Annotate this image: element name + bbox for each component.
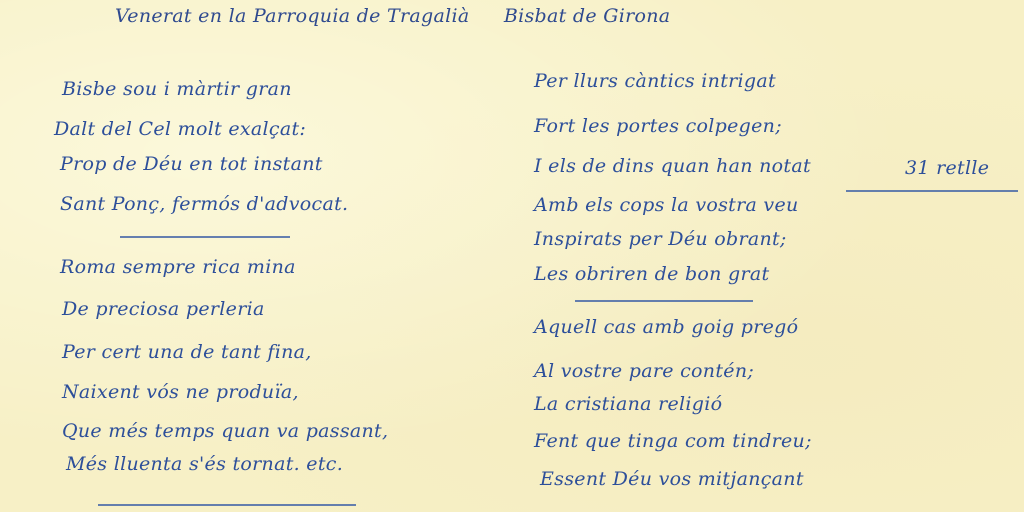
verse-line: Aquell cas amb goig pregó [534, 318, 798, 337]
verse-line: Naixent vós ne produïa, [62, 383, 299, 402]
verse-line: Per llurs càntics intrigat [534, 72, 776, 91]
verse-line: Prop de Déu en tot instant [60, 155, 323, 174]
verse-line: Les obriren de bon grat [534, 265, 769, 284]
verse-line: Fort les portes colpegen; [534, 117, 782, 136]
stanza-divider [98, 504, 356, 506]
manuscript-page: Venerat en la Parroquia de Tragalià Bisb… [0, 0, 1024, 512]
verse-line: Més lluenta s'és tornat. etc. [66, 455, 343, 474]
verse-line: Per cert una de tant fina, [62, 343, 312, 362]
verse-line: Bisbe sou i màrtir gran [62, 80, 292, 99]
verse-line: Inspirats per Déu obrant; [534, 230, 787, 249]
verse-line: De preciosa perleria [62, 300, 265, 319]
verse-line: Al vostre pare contén; [534, 362, 754, 381]
verse-line: Amb els cops la vostra veu [534, 196, 799, 215]
verse-line: Roma sempre rica mina [60, 258, 296, 277]
verse-line: Dalt del Cel molt exalçat: [54, 120, 306, 139]
verse-line: I els de dins quan han notat [534, 157, 811, 176]
stanza-divider [120, 236, 290, 238]
title-right: Bisbat de Girona [504, 5, 671, 27]
verse-line: Que més temps quan va passant, [62, 422, 388, 441]
margin-note: 31 retlle [905, 157, 989, 179]
verse-line: La cristiana religió [534, 395, 722, 414]
verse-line: Essent Déu vos mitjançant [540, 470, 804, 489]
stanza-divider [575, 300, 753, 302]
verse-line: Sant Ponç, fermós d'advocat. [60, 195, 348, 214]
page-title: Venerat en la Parroquia de Tragalià Bisb… [115, 5, 670, 27]
title-left: Venerat en la Parroquia de Tragalià [115, 5, 469, 27]
verse-line: Fent que tinga com tindreu; [534, 432, 812, 451]
margin-note-underline [846, 190, 1018, 192]
